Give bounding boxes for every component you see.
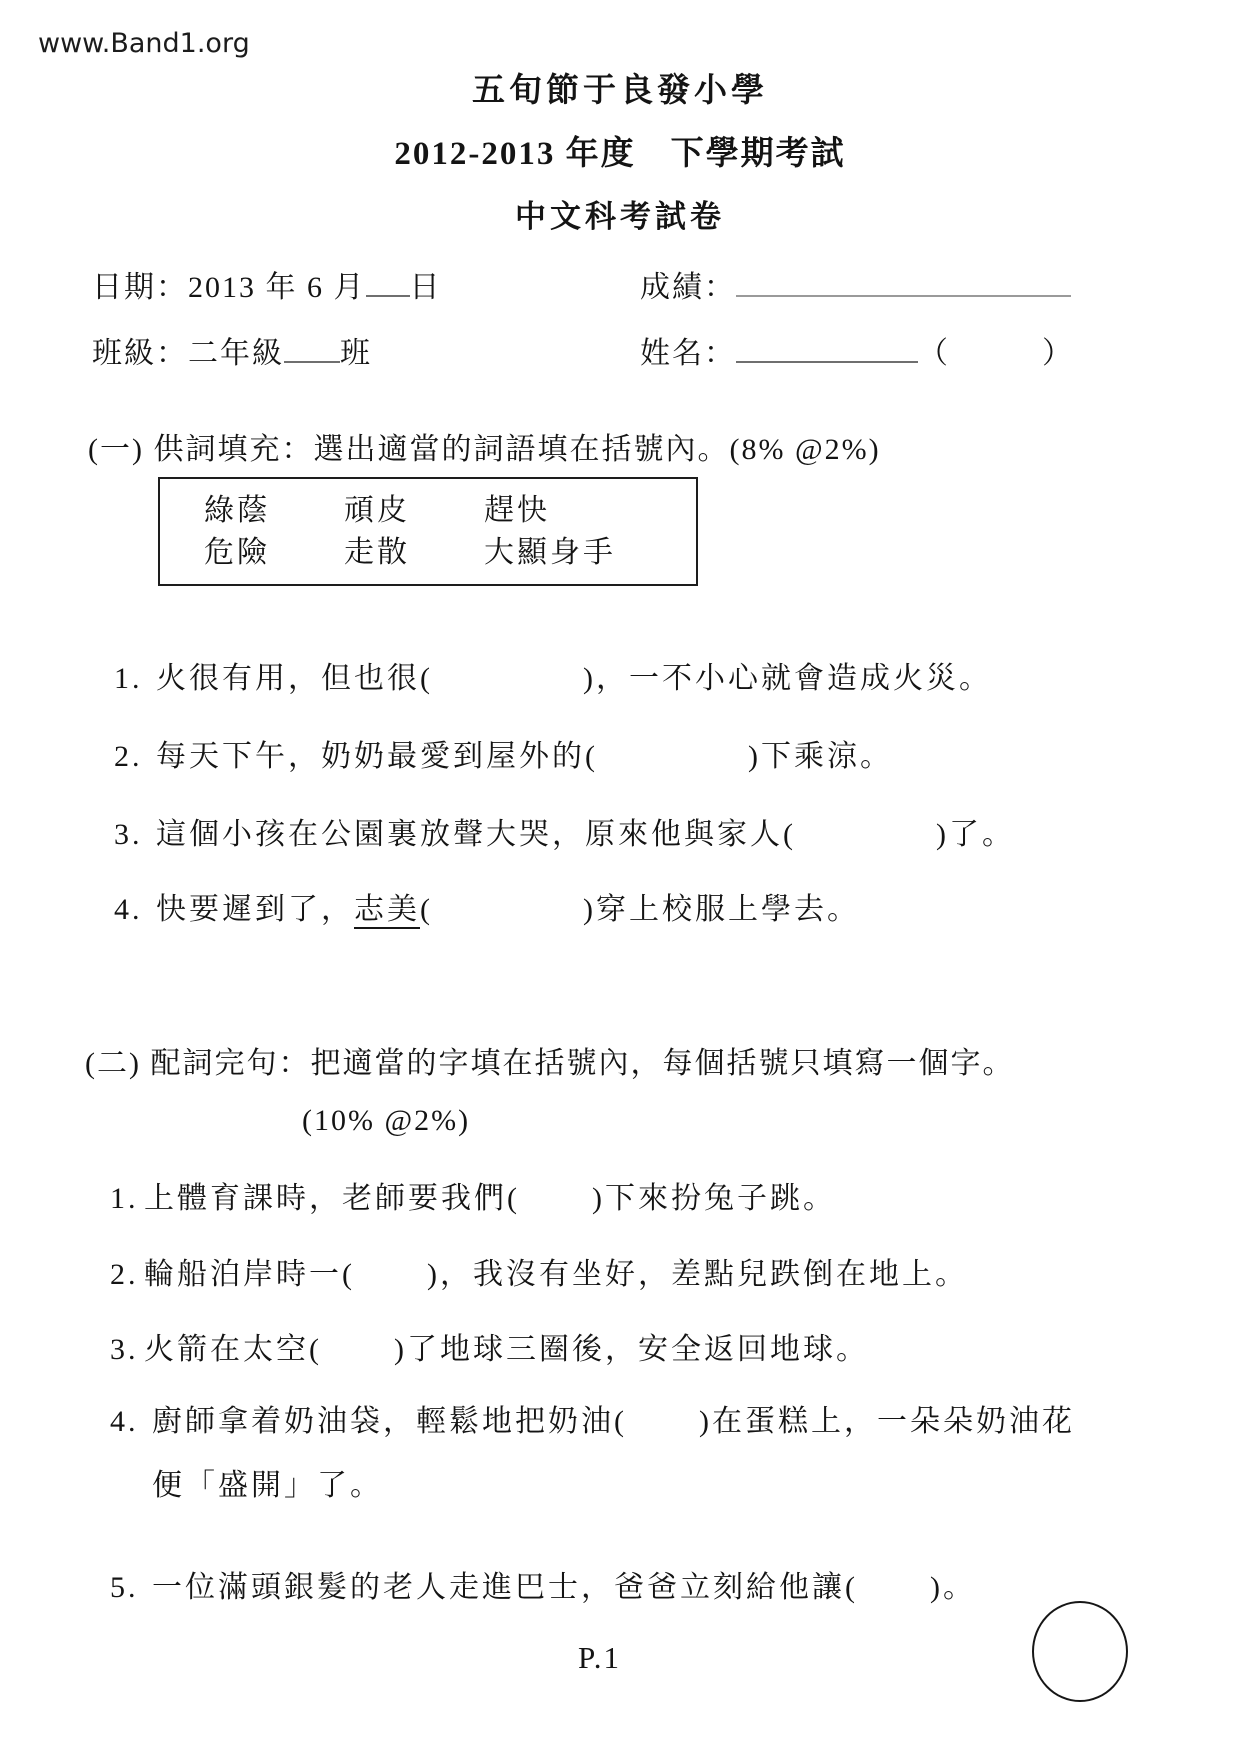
question-text: 一位滿頭銀髮的老人走進巴士，爸爸立刻給他讓 bbox=[152, 1571, 845, 1604]
word-bank-word: 走散 bbox=[344, 532, 484, 574]
open-paren: ( bbox=[783, 818, 796, 851]
s2-question-5: 5.一位滿頭銀髮的老人走進巴士，爸爸立刻給他讓()。 bbox=[110, 1562, 976, 1606]
close-paren: ) bbox=[592, 1182, 605, 1215]
word-bank-word: 趕快 bbox=[484, 490, 550, 532]
page-number: P.1 bbox=[578, 1640, 621, 1676]
site-url: www.Band1.org bbox=[38, 28, 250, 59]
close-paren: ) bbox=[936, 818, 949, 851]
question-number: 3. bbox=[114, 818, 156, 852]
score-line: 成績： bbox=[640, 262, 1071, 306]
question-text: 上體育課時，老師要我們 bbox=[144, 1182, 507, 1215]
question-text: 在蛋糕上，一朵朵奶油花 bbox=[712, 1405, 1075, 1438]
class-suffix: 班 bbox=[340, 337, 372, 370]
question-text: 這個小孩在公園裏放聲大哭，原來他與家人 bbox=[156, 818, 783, 851]
question-number: 2. bbox=[110, 1258, 144, 1292]
open-paren: ( bbox=[420, 893, 433, 926]
open-paren: ( bbox=[585, 740, 598, 773]
question-text: 火箭在太空 bbox=[144, 1333, 309, 1366]
s2-question-3: 3.火箭在太空()了地球三圈後，安全返回地球。 bbox=[110, 1324, 869, 1368]
score-blank bbox=[736, 295, 1071, 297]
paper-title: 中文科考試卷 bbox=[0, 191, 1240, 236]
word-bank-word: 大顯身手 bbox=[484, 532, 616, 574]
class-blank bbox=[284, 361, 340, 363]
name-paren-close: ） bbox=[1042, 337, 1074, 370]
question-number: 4. bbox=[114, 893, 156, 927]
s1-question-4: 4.快要遲到了，志美()穿上校服上學去。 bbox=[114, 884, 860, 928]
s1-question-2: 2.每天下午，奶奶最愛到屋外的()下乘涼。 bbox=[114, 731, 893, 775]
question-text: 下來扮兔子跳。 bbox=[605, 1182, 836, 1215]
word-bank-box: 綠蔭 頑皮 趕快 危險 走散 大顯身手 bbox=[158, 477, 698, 586]
question-text: 下乘涼。 bbox=[761, 740, 893, 773]
open-paren: ( bbox=[614, 1405, 627, 1438]
date-label: 日期：2013 年 6 月 bbox=[92, 271, 366, 304]
open-paren: ( bbox=[420, 662, 433, 695]
question-text: 穿上校服上學去。 bbox=[596, 893, 860, 926]
question-text: 快要遲到了， bbox=[156, 893, 354, 926]
question-number: 1. bbox=[114, 662, 156, 696]
school-name: 五旬節于良發小學 bbox=[0, 64, 1240, 111]
close-paren: ) bbox=[930, 1571, 943, 1604]
date-blank bbox=[366, 295, 410, 297]
question-text: 了。 bbox=[949, 818, 1015, 851]
question-text: ，一不小心就會造成火災。 bbox=[596, 662, 992, 695]
name-paren-open: （ bbox=[918, 337, 950, 370]
question-text: 火很有用，但也很 bbox=[156, 662, 420, 695]
score-label: 成績： bbox=[640, 271, 736, 304]
section-two-heading: (二) 配詞完句：把適當的字填在括號內，每個括號只填寫一個字。 bbox=[85, 1038, 1014, 1082]
s1-question-3: 3.這個小孩在公園裏放聲大哭，原來他與家人()了。 bbox=[114, 809, 1015, 853]
question-text: 了地球三圈後，安全返回地球。 bbox=[407, 1333, 869, 1366]
word-bank-row: 綠蔭 頑皮 趕快 bbox=[204, 490, 696, 532]
question-text: 便「盛開」了。 bbox=[152, 1469, 383, 1502]
date-line: 日期：2013 年 6 月日 bbox=[92, 262, 442, 306]
close-paren: ) bbox=[699, 1405, 712, 1438]
class-line: 班級：二年級班 bbox=[92, 328, 372, 372]
open-paren: ( bbox=[845, 1571, 858, 1604]
open-paren: ( bbox=[342, 1258, 355, 1291]
s2-question-4: 4.廚師拿着奶油袋，輕鬆地把奶油()在蛋糕上，一朵朵奶油花 bbox=[110, 1396, 1075, 1440]
close-paren: ) bbox=[427, 1258, 440, 1291]
name-line: 姓名：（） bbox=[640, 328, 1074, 372]
close-paren: ) bbox=[583, 662, 596, 695]
class-label: 班級：二年級 bbox=[92, 337, 284, 370]
word-bank-word: 頑皮 bbox=[344, 490, 484, 532]
stamp-circle bbox=[1032, 1601, 1128, 1702]
s2-question-4-line2: 便「盛開」了。 bbox=[152, 1460, 383, 1504]
s2-question-1: 1.上體育課時，老師要我們()下來扮兔子跳。 bbox=[110, 1173, 836, 1217]
name-label: 姓名： bbox=[640, 337, 736, 370]
open-paren: ( bbox=[309, 1333, 322, 1366]
exam-session: 2012-2013 年度 下學期考試 bbox=[0, 127, 1240, 174]
question-text: 每天下午，奶奶最愛到屋外的 bbox=[156, 740, 585, 773]
section-two-marks: (10% @2%) bbox=[302, 1104, 470, 1138]
question-number: 3. bbox=[110, 1333, 144, 1367]
s1-question-1: 1.火很有用，但也很()，一不小心就會造成火災。 bbox=[114, 653, 992, 697]
open-paren: ( bbox=[507, 1182, 520, 1215]
underlined-name: 志美 bbox=[354, 893, 420, 929]
question-number: 2. bbox=[114, 740, 156, 774]
date-suffix: 日 bbox=[410, 271, 442, 304]
close-paren: ) bbox=[748, 740, 761, 773]
question-text: 廚師拿着奶油袋，輕鬆地把奶油 bbox=[152, 1405, 614, 1438]
word-bank-row: 危險 走散 大顯身手 bbox=[204, 532, 696, 574]
s2-question-2: 2.輪船泊岸時一()，我沒有坐好，差點兒跌倒在地上。 bbox=[110, 1249, 968, 1293]
close-paren: ) bbox=[583, 893, 596, 926]
name-blank bbox=[736, 361, 918, 363]
word-bank-word: 危險 bbox=[204, 532, 344, 574]
section-one-heading: (一) 供詞填充：選出適當的詞語填在括號內。(8% @2%) bbox=[88, 424, 881, 468]
question-number: 1. bbox=[110, 1182, 144, 1216]
word-bank-word: 綠蔭 bbox=[204, 490, 344, 532]
question-number: 5. bbox=[110, 1571, 152, 1605]
question-number: 4. bbox=[110, 1405, 152, 1439]
question-text: ，我沒有坐好，差點兒跌倒在地上。 bbox=[440, 1258, 968, 1291]
question-text: 。 bbox=[943, 1571, 976, 1604]
question-text: 輪船泊岸時一 bbox=[144, 1258, 342, 1291]
close-paren: ) bbox=[394, 1333, 407, 1366]
